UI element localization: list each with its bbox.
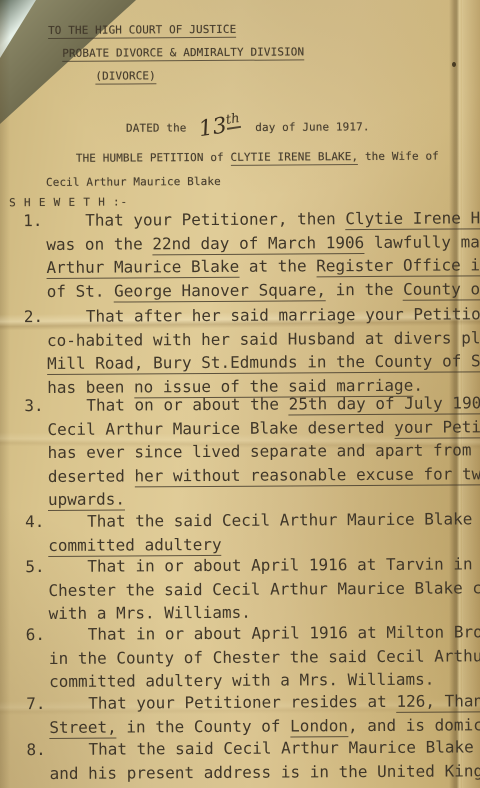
underlined-text: County of London. xyxy=(403,278,480,300)
petition-paragraph-6: 6.That in or about April 1916 at Milton … xyxy=(4,620,476,693)
plain-text: the Wife of xyxy=(358,150,439,163)
underlined-text: Clytie Irene Hunt, xyxy=(345,208,480,230)
paragraph-line: co-habited with her said Husband at dive… xyxy=(47,326,474,352)
petition-paragraph-4: 4.That the said Cecil Arthur Maurice Bla… xyxy=(3,507,475,557)
paragraph-line: That the said Cecil Arthur Maurice Blake… xyxy=(48,507,475,533)
underlined-text: Register Office in the District xyxy=(316,254,480,277)
plain-text: committed adultery with a Mrs. Williams. xyxy=(49,670,434,691)
plain-text: of St. xyxy=(47,281,115,300)
paragraph-number: 7. xyxy=(26,692,45,716)
paragraph-line: That in or about April 1916 at Milton Br… xyxy=(49,620,476,646)
petition-paragraph-2: 2.That after her said marriage your Peti… xyxy=(2,302,475,399)
petition-title-line: THE HUMBLE PETITION of CLYTIE IRENE BLAK… xyxy=(76,150,439,165)
court-heading-line-3: (DIVORCE) xyxy=(95,69,156,84)
underlined-text: Arthur Maurice Blake xyxy=(46,257,239,279)
underlined-text: Street, xyxy=(49,717,117,738)
plain-text: deserted xyxy=(48,466,135,486)
paragraph-line: Arthur Maurice Blake at the Register Off… xyxy=(46,253,473,279)
paragraph-line: in the County of Chester the said Cecil … xyxy=(49,644,476,670)
paragraph-number: 2. xyxy=(24,305,43,329)
petition-paragraph-8: 8.That the said Cecil Arthur Maurice Bla… xyxy=(4,735,476,785)
photographed-petition-document: TO THE HIGH COURT OF JUSTICE PROBATE DIV… xyxy=(0,0,480,788)
dated-suffix: day of June 1917. xyxy=(248,120,369,134)
dated-prefix: DATED the xyxy=(126,121,187,134)
paragraph-line: Chester the said Cecil Arthur Maurice Bl… xyxy=(48,576,475,602)
underlined-text: 126, Thanet House, Thanet xyxy=(396,690,480,712)
paragraph-number: 5. xyxy=(25,555,44,579)
plain-text: That your Petitioner, then xyxy=(85,209,345,230)
plain-text: has ever since lived separate and apart … xyxy=(48,440,480,462)
petition-paragraph-1: 1.That your Petitioner, then Clytie Iren… xyxy=(1,206,474,303)
plain-text: in the County of Chester the said Cecil … xyxy=(49,645,480,668)
underlined-text: London xyxy=(290,716,348,737)
underlined-text: your Petitioner, and xyxy=(394,416,480,438)
plain-text: in the County of xyxy=(117,716,291,736)
paragraph-line: was on the 22nd day of March 1906 lawful… xyxy=(46,230,473,256)
petition-paragraph-7: 7.That your Petitioner resides at 126, T… xyxy=(4,689,476,739)
paragraph-line: That your Petitioner, then Clytie Irene … xyxy=(46,206,473,232)
plain-text: lawfully married to xyxy=(364,231,480,251)
plain-text: and his present address is in the United… xyxy=(50,760,480,782)
paragraph-number: 6. xyxy=(26,623,45,647)
petition-paragraph-3: 3.That on or about the 25th day of July … xyxy=(2,391,475,511)
paragraph-number: 8. xyxy=(26,738,45,762)
paragraph-line: Mill Road, Bury St.Edmunds in the County… xyxy=(47,349,474,375)
plain-text: co-habited with her said Husband at dive… xyxy=(47,327,480,349)
plain-text: in the xyxy=(326,279,403,298)
paragraph-line: That in or about April 1916 at Tarvin in… xyxy=(48,552,475,578)
plain-text: , and is domiciled in England. xyxy=(348,714,480,735)
plain-text: That on or about the xyxy=(86,394,288,414)
underlined-text: upwards. xyxy=(48,489,125,510)
paragraph-number: 4. xyxy=(25,510,44,534)
court-heading-line-1: TO THE HIGH COURT OF JUSTICE xyxy=(48,23,236,39)
plain-text: That in or about April 1916 at Milton Br… xyxy=(88,621,480,643)
paragraph-line: Cecil Arthur Maurice Blake deserted your… xyxy=(47,415,474,441)
underlined-text: CLYTIE IRENE BLAKE, xyxy=(230,150,358,166)
plain-text: That your Petitioner resides at xyxy=(88,692,396,713)
underlined-text: Mill Road, Bury St.Edmunds in the County… xyxy=(47,351,480,375)
paragraph-number: 1. xyxy=(23,209,42,233)
underlined-text: her without reasonable excuse for two ye… xyxy=(134,463,480,487)
handwritten-day: 13th xyxy=(197,111,242,142)
plain-text: That after her said marriage your Petiti… xyxy=(86,304,480,326)
plain-text: That in or about April 1916 at Tarvin in… xyxy=(87,554,480,576)
paragraph-number: 3. xyxy=(24,394,43,418)
plain-text: was on the xyxy=(46,234,152,254)
typewritten-content: TO THE HIGH COURT OF JUSTICE PROBATE DIV… xyxy=(0,0,480,788)
plain-text: That the said Cecil Arthur Maurice Blake… xyxy=(88,737,480,759)
underlined-text: 22nd day of March 1906 xyxy=(152,233,364,255)
paragraph-line: has ever since lived separate and apart … xyxy=(48,438,475,464)
paragraph-line: and his present address is in the United… xyxy=(50,759,477,785)
underlined-text: 25th day of July 1909 xyxy=(289,393,480,415)
plain-text: Chester the said Cecil Arthur Maurice Bl… xyxy=(48,577,480,599)
sheweth-label: S H E W E T H :- xyxy=(9,195,128,209)
paragraph-line: That your Petitioner resides at 126, Tha… xyxy=(49,689,476,715)
petition-respondent-line: Cecil Arthur Maurice Blake xyxy=(46,175,221,189)
paragraph-line: That on or about the 25th day of July 19… xyxy=(47,391,474,417)
court-heading-line-2: PROBATE DIVORCE & ADMIRALTY DIVISION xyxy=(62,45,304,61)
plain-text: with a Mrs. Williams. xyxy=(49,603,251,623)
plain-text: That the said Cecil Arthur Maurice Blake… xyxy=(87,508,480,530)
underlined-text: George Hanover Square, xyxy=(114,280,326,302)
plain-text: THE HUMBLE PETITION of xyxy=(76,151,231,165)
plain-text: Cecil Arthur Maurice Blake deserted xyxy=(47,417,394,438)
paragraph-line: deserted her without reasonable excuse f… xyxy=(48,462,475,488)
dated-line: DATED the13th day of June 1917. xyxy=(85,98,369,151)
petition-paragraph-5: 5.That in or about April 1916 at Tarvin … xyxy=(3,552,475,625)
paragraph-line: That the said Cecil Arthur Maurice Blake… xyxy=(49,735,476,761)
paragraph-line: of St. George Hanover Square, in the Cou… xyxy=(47,277,474,303)
plain-text: at the xyxy=(239,256,316,275)
paragraph-line: That after her said marriage your Petiti… xyxy=(47,302,474,328)
